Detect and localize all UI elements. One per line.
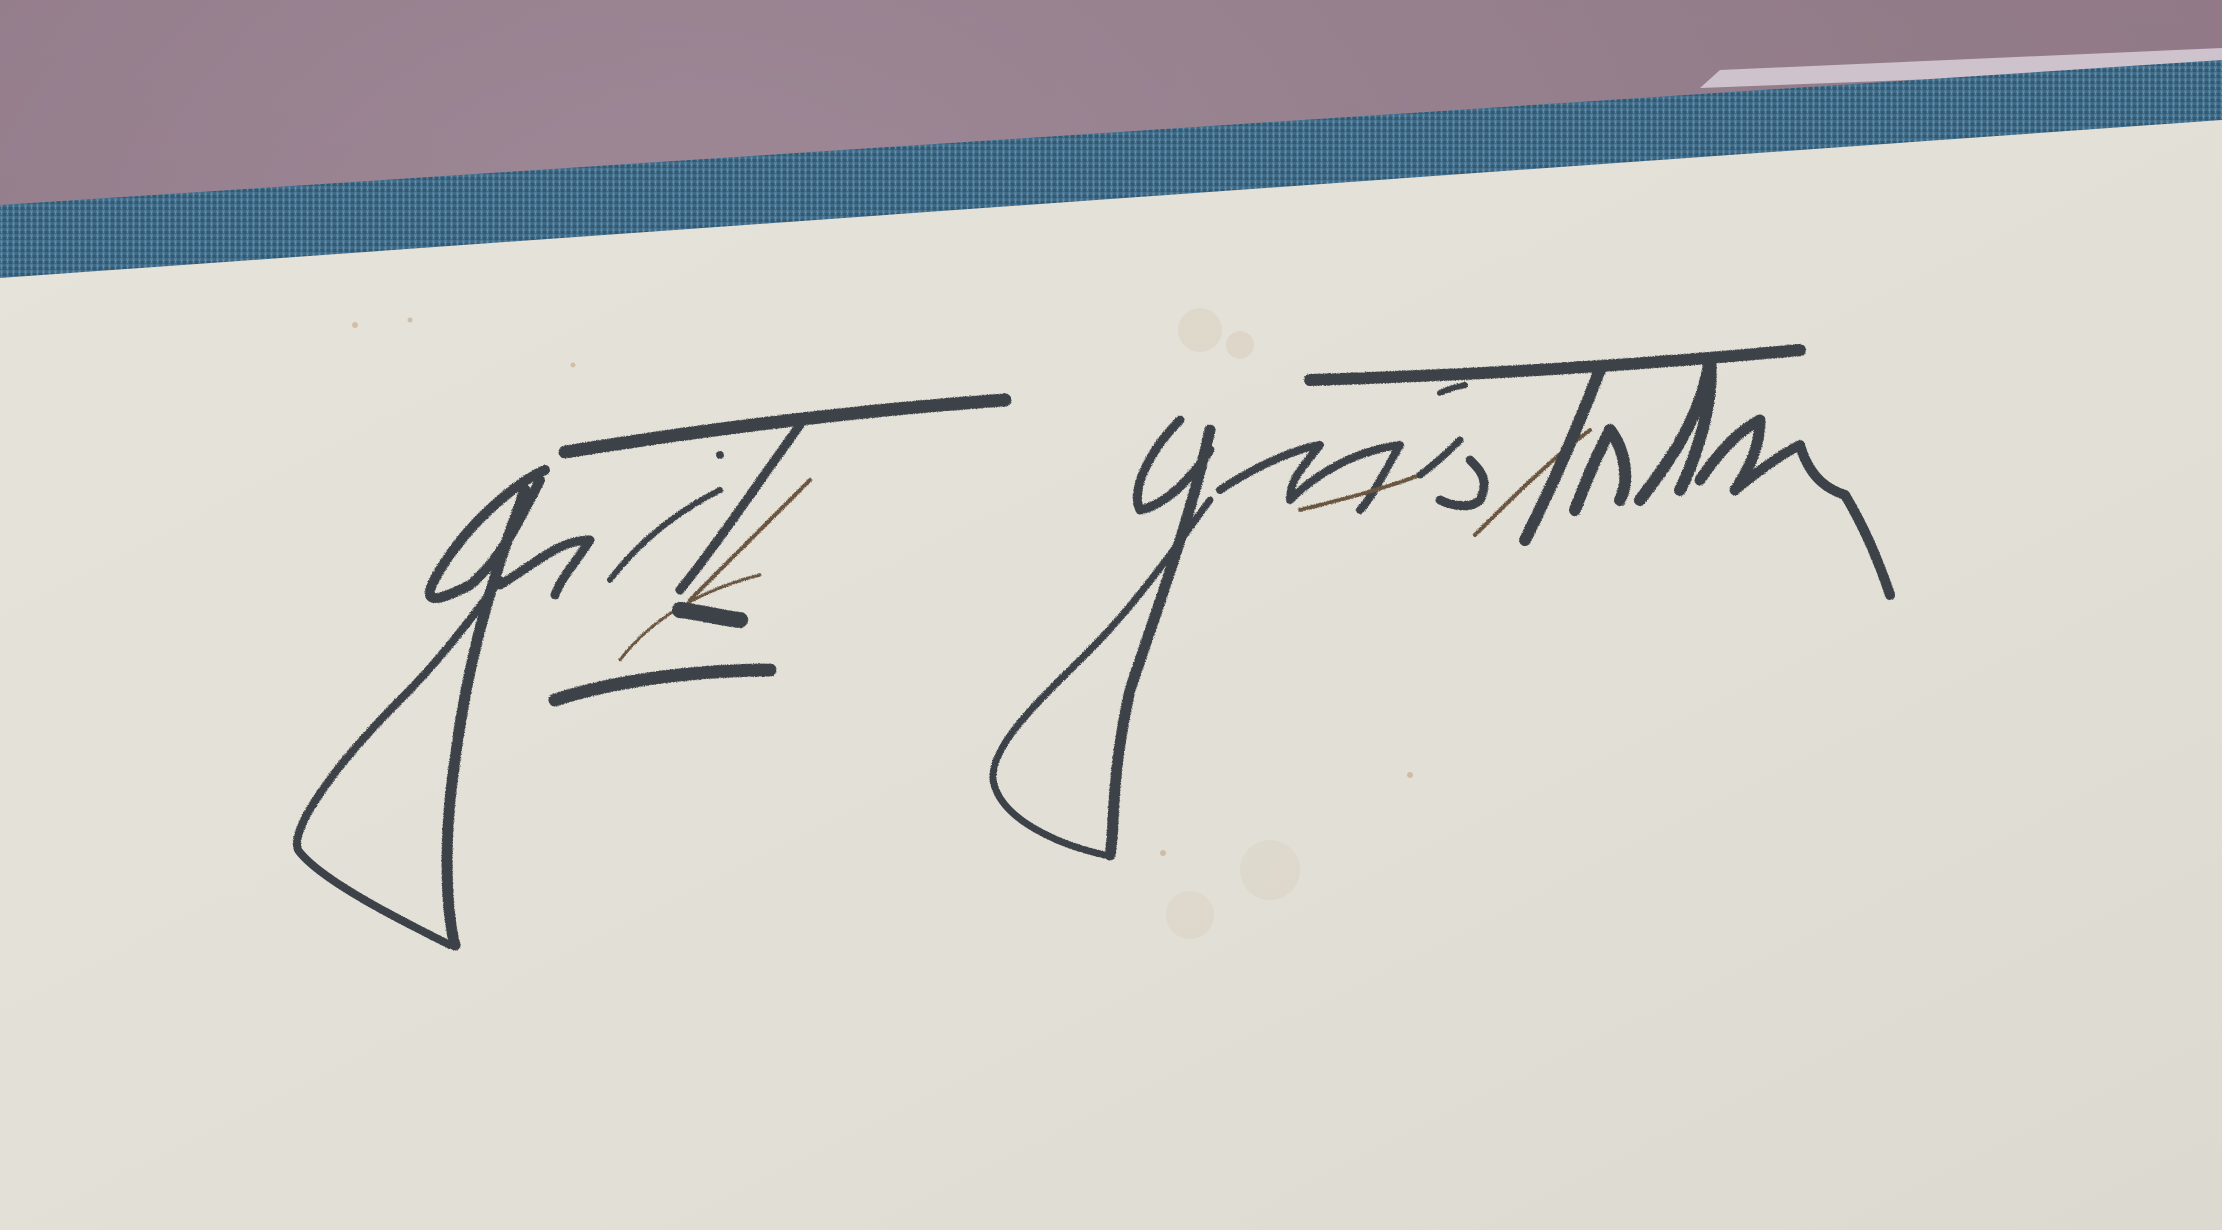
paper-surface: [0, 120, 2222, 1230]
book-endpaper: [0, 0, 2222, 1230]
